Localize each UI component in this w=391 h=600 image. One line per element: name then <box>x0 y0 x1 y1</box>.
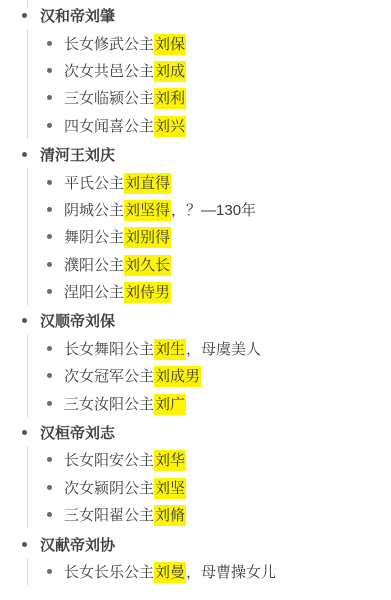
bullet-icon <box>47 180 52 185</box>
princess-entry: 次女颍阴公主刘坚 <box>64 477 186 498</box>
bullet-icon <box>47 95 52 100</box>
list-item-princess: 次女冠军公主刘成男 <box>28 362 391 389</box>
emperor-name: 汉桓帝刘志 <box>40 422 115 443</box>
text-pre: 长女修武公主 <box>64 36 154 53</box>
text-pre: 次女冠军公主 <box>64 368 154 385</box>
text-pre: 次女颍阴公主 <box>64 480 154 497</box>
highlighted-name: 刘生 <box>154 339 186 360</box>
section-emperor: 汉献帝刘协 长女长乐公主刘曼，母曹操女儿 <box>0 530 391 585</box>
text-pre: 舞阴公主 <box>64 229 124 246</box>
list-item-emperor: 汉桓帝刘志 <box>0 419 391 446</box>
highlighted-name: 刘成男 <box>154 366 201 387</box>
bullet-icon <box>47 401 52 406</box>
bullet-icon <box>22 318 27 323</box>
list-item-princess: 阴城公主刘坚得，？—130年 <box>28 196 391 223</box>
bullet-icon <box>47 512 52 517</box>
princess-list: 长女修武公主刘保 次女共邑公主刘成 三女临颍公主刘利 四女闻喜公主刘兴 <box>27 29 391 139</box>
list-item-emperor: 汉和帝刘肇 <box>0 2 391 29</box>
princess-list: 长女阳安公主刘华 次女颍阴公主刘坚 三女阳翟公主刘脩 <box>27 446 391 528</box>
emperor-name: 汉顺帝刘保 <box>40 310 115 331</box>
bullet-icon <box>47 207 52 212</box>
highlighted-name: 刘利 <box>154 88 186 109</box>
text-pre: 涅阳公主 <box>64 284 124 301</box>
highlighted-name: 刘脩 <box>154 505 186 526</box>
princess-entry: 三女汝阳公主刘广 <box>64 393 186 414</box>
list-item-princess: 长女长乐公主刘曼，母曹操女儿 <box>28 558 391 585</box>
text-pre: 濮阳公主 <box>64 257 124 274</box>
text-pre: 长女阳安公主 <box>64 452 154 469</box>
bullet-icon <box>47 569 52 574</box>
princess-entry: 濮阳公主刘久长 <box>64 254 171 275</box>
bullet-icon <box>47 457 52 462</box>
bullet-icon <box>47 485 52 490</box>
highlighted-name: 刘曼 <box>154 562 186 583</box>
text-pre: 平氏公主 <box>64 175 124 192</box>
text-pre: 四女闻喜公主 <box>64 118 154 135</box>
text-post: ，？—130年 <box>171 202 256 219</box>
list-item-princess: 三女阳翟公主刘脩 <box>28 501 391 528</box>
list-item-emperor: 汉献帝刘协 <box>0 530 391 557</box>
list-item-princess: 长女修武公主刘保 <box>28 29 391 56</box>
list-item-princess: 三女汝阳公主刘广 <box>28 389 391 416</box>
bullet-icon <box>47 373 52 378</box>
princess-entry: 长女阳安公主刘华 <box>64 449 186 470</box>
list-item-emperor: 汉顺帝刘保 <box>0 307 391 334</box>
section-emperor: 汉顺帝刘保 长女舞阳公主刘生，母虞美人 次女冠军公主刘成男 三女汝阳公主刘广 <box>0 307 391 417</box>
highlighted-name: 刘广 <box>154 394 186 415</box>
bullet-icon <box>47 346 52 351</box>
bullet-icon <box>22 152 27 157</box>
highlighted-name: 刘直得 <box>124 173 171 194</box>
princess-entry: 次女冠军公主刘成男 <box>64 365 201 386</box>
section-emperor: 汉桓帝刘志 长女阳安公主刘华 次女颍阴公主刘坚 三女阳翟公主刘脩 <box>0 419 391 529</box>
document-body: 汉和帝刘肇 长女修武公主刘保 次女共邑公主刘成 三女临颍公主刘利 四女闻喜公主刘… <box>0 0 391 585</box>
princess-list: 长女长乐公主刘曼，母曹操女儿 <box>27 558 391 585</box>
emperor-name: 清河王刘庆 <box>40 144 115 165</box>
princess-entry: 阴城公主刘坚得，？—130年 <box>64 199 256 220</box>
princess-entry: 次女共邑公主刘成 <box>64 60 186 81</box>
princess-entry: 四女闻喜公主刘兴 <box>64 115 186 136</box>
highlighted-name: 刘别得 <box>124 227 171 248</box>
list-item-princess: 次女颍阴公主刘坚 <box>28 474 391 501</box>
text-post: ，母曹操女儿 <box>186 564 276 581</box>
bullet-icon <box>22 430 27 435</box>
princess-entry: 长女舞阳公主刘生，母虞美人 <box>64 338 261 359</box>
emperor-name: 汉献帝刘协 <box>40 534 115 555</box>
text-pre: 三女汝阳公主 <box>64 396 154 413</box>
princess-entry: 长女长乐公主刘曼，母曹操女儿 <box>64 561 276 582</box>
section-emperor: 汉和帝刘肇 长女修武公主刘保 次女共邑公主刘成 三女临颍公主刘利 四女闻喜公主刘… <box>0 2 391 139</box>
text-pre: 长女长乐公主 <box>64 564 154 581</box>
text-pre: 阴城公主 <box>64 202 124 219</box>
list-item-princess: 四女闻喜公主刘兴 <box>28 112 391 139</box>
highlighted-name: 刘兴 <box>154 116 186 137</box>
list-item-emperor: 清河王刘庆 <box>0 141 391 168</box>
highlighted-name: 刘坚得 <box>124 200 171 221</box>
list-item-princess: 三女临颍公主刘利 <box>28 84 391 111</box>
bullet-icon <box>22 542 27 547</box>
indent-guide-stub <box>27 0 28 8</box>
princess-entry: 三女临颍公主刘利 <box>64 87 186 108</box>
highlighted-name: 刘保 <box>154 34 186 55</box>
princess-entry: 舞阴公主刘别得 <box>64 226 171 247</box>
princess-list: 平氏公主刘直得 阴城公主刘坚得，？—130年 舞阴公主刘别得 濮阳公主刘久长 涅… <box>27 168 391 305</box>
section-emperor: 清河王刘庆 平氏公主刘直得 阴城公主刘坚得，？—130年 舞阴公主刘别得 濮阳公… <box>0 141 391 305</box>
bullet-icon <box>47 234 52 239</box>
princess-list: 长女舞阳公主刘生，母虞美人 次女冠军公主刘成男 三女汝阳公主刘广 <box>27 335 391 417</box>
bullet-icon <box>22 13 27 18</box>
highlighted-name: 刘华 <box>154 450 186 471</box>
highlighted-name: 刘侍男 <box>124 282 171 303</box>
bullet-icon <box>47 123 52 128</box>
list-item-princess: 涅阳公主刘侍男 <box>28 278 391 305</box>
princess-entry: 三女阳翟公主刘脩 <box>64 504 186 525</box>
text-pre: 次女共邑公主 <box>64 63 154 80</box>
highlighted-name: 刘成 <box>154 61 186 82</box>
bullet-icon <box>47 262 52 267</box>
text-pre: 长女舞阳公主 <box>64 341 154 358</box>
list-item-princess: 长女阳安公主刘华 <box>28 446 391 473</box>
list-item-princess: 平氏公主刘直得 <box>28 168 391 195</box>
text-post: ，母虞美人 <box>186 341 261 358</box>
highlighted-name: 刘坚 <box>154 478 186 499</box>
list-item-princess: 舞阴公主刘别得 <box>28 223 391 250</box>
princess-entry: 长女修武公主刘保 <box>64 33 186 54</box>
bullet-icon <box>47 68 52 73</box>
princess-entry: 涅阳公主刘侍男 <box>64 281 171 302</box>
bullet-icon <box>47 289 52 294</box>
list-item-princess: 长女舞阳公主刘生，母虞美人 <box>28 335 391 362</box>
list-item-princess: 濮阳公主刘久长 <box>28 251 391 278</box>
text-pre: 三女临颍公主 <box>64 90 154 107</box>
bullet-icon <box>47 41 52 46</box>
emperor-name: 汉和帝刘肇 <box>40 5 115 26</box>
list-item-princess: 次女共邑公主刘成 <box>28 57 391 84</box>
highlighted-name: 刘久长 <box>124 255 171 276</box>
princess-entry: 平氏公主刘直得 <box>64 172 171 193</box>
text-pre: 三女阳翟公主 <box>64 507 154 524</box>
